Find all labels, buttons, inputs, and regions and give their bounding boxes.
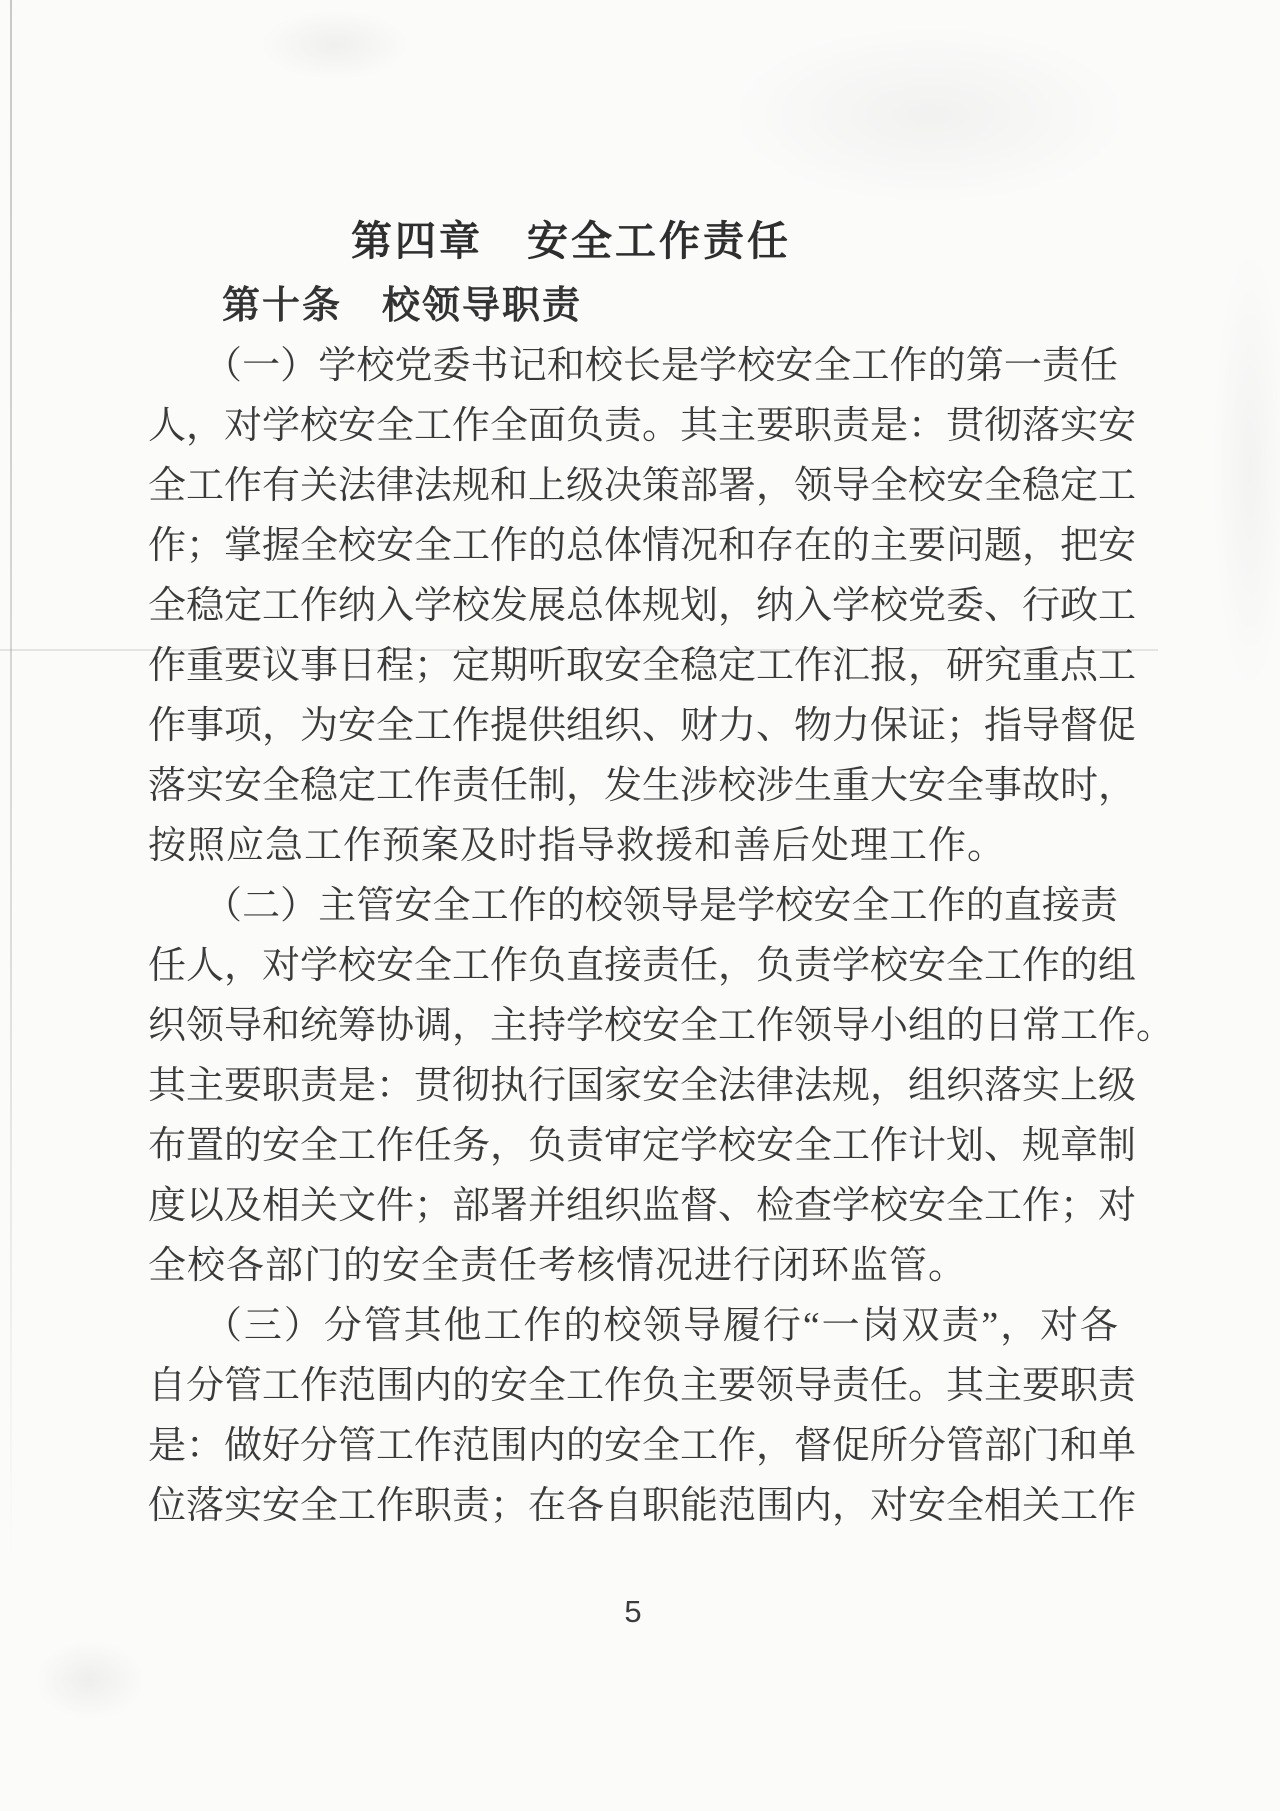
body-line: （二）主管安全工作的校领导是学校安全工作的直接责 (148, 876, 1118, 936)
body-line: 自分管工作范围内的安全工作负主要领导责任。其主要职责 (148, 1356, 1118, 1416)
body-line: 落实安全稳定工作责任制，发生涉校涉生重大安全事故时， (148, 756, 1118, 816)
body-line: 按照应急工作预案及时指导救援和善后处理工作。 (148, 816, 1118, 876)
body-line: （三）分管其他工作的校领导履行“一岗双责”，对各 (148, 1296, 1118, 1356)
scan-smudge (260, 10, 410, 80)
body-line: 其主要职责是：贯彻执行国家安全法律法规，组织落实上级 (148, 1056, 1118, 1116)
scan-smudge (1215, 260, 1280, 680)
body-line: 全稳定工作纳入学校发展总体规划，纳入学校党委、行政工 (148, 576, 1118, 636)
body-line: 织领导和统筹协调，主持学校安全工作领导小组的日常工作。 (148, 996, 1118, 1056)
body-line: 作事项，为安全工作提供组织、财力、物力保证；指导督促 (148, 696, 1118, 756)
body-line: 度以及相关文件；部署并组织监督、检查学校安全工作；对 (148, 1176, 1118, 1236)
body-line: 布置的安全工作任务，负责审定学校安全工作计划、规章制 (148, 1116, 1118, 1176)
body-line: 人，对学校安全工作全面负责。其主要职责是：贯彻落实安 (148, 396, 1118, 456)
body-line: 全校各部门的安全责任考核情况进行闭环监管。 (148, 1236, 1118, 1296)
body-line: （一）学校党委书记和校长是学校安全工作的第一责任 (148, 336, 1118, 396)
document-body: 第十条 校领导职责 （一）学校党委书记和校长是学校安全工作的第一责任 人，对学校… (148, 276, 1118, 1536)
body-line: 作；掌握全校安全工作的总体情况和存在的主要问题，把安 (148, 516, 1118, 576)
scan-smudge (730, 25, 1130, 205)
body-line: 是：做好分管工作范围内的安全工作，督促所分管部门和单 (148, 1416, 1118, 1476)
body-line: 位落实安全工作职责；在各自职能范围内，对安全相关工作 (148, 1476, 1118, 1536)
scan-edge-line (10, 0, 12, 1560)
body-line: 任人，对学校安全工作负直接责任，负责学校安全工作的组 (148, 936, 1118, 996)
chapter-title: 第四章 安全工作责任 (86, 208, 1056, 267)
body-line: 作重要议事日程；定期听取安全稳定工作汇报，研究重点工 (148, 636, 1118, 696)
scan-smudge (35, 1640, 145, 1720)
scanned-document-page: 第四章 安全工作责任 第十条 校领导职责 （一）学校党委书记和校长是学校安全工作… (0, 0, 1280, 1811)
article-heading: 第十条 校领导职责 (148, 276, 1118, 336)
page-number: 5 (148, 1594, 1118, 1630)
body-line: 全工作有关法律法规和上级决策部署，领导全校安全稳定工 (148, 456, 1118, 516)
